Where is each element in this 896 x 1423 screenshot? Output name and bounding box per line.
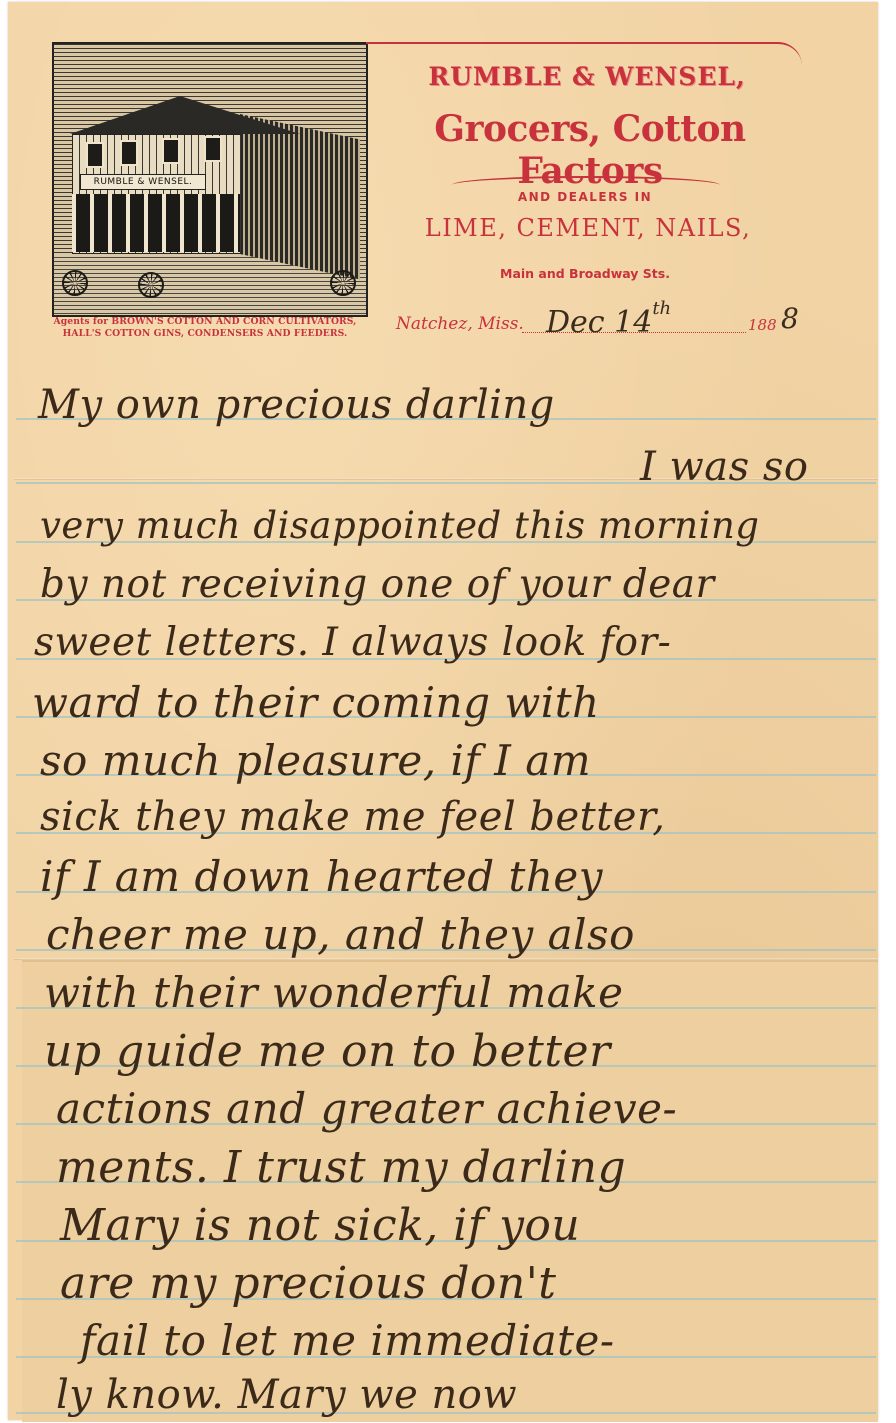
letter-line: sweet letters. I always look for- (34, 620, 671, 665)
letter-line: so much pleasure, if I am (40, 736, 591, 785)
engraving-caption: Agents for BROWN'S COTTON AND CORN CULTI… (40, 316, 370, 340)
letter-line: fail to let me immediate- (80, 1316, 615, 1365)
letter-line: very much disappointed this morning (40, 504, 759, 547)
dateline-year-prefix: 188 (748, 316, 777, 334)
letter-line: ly know. Mary we now (56, 1372, 517, 1418)
caption-line-2: HALL'S COTTON GINS, CONDENSERS AND FEEDE… (40, 328, 370, 340)
dealers-in-label: AND DEALERS IN (440, 190, 730, 204)
letter-line: ward to their coming with (32, 678, 600, 727)
letter-line: if I am down hearted they (40, 852, 603, 901)
building-roof (70, 96, 300, 134)
building-window (86, 142, 104, 168)
letter-line: Mary is not sick, if you (60, 1200, 580, 1251)
letter-salutation: My own precious darling (38, 382, 555, 428)
wagon-wheel (330, 270, 356, 296)
handwritten-date: Dec 14th (546, 298, 671, 340)
letter-line: up guide me on to better (44, 1026, 611, 1077)
wagon-wheel (62, 270, 88, 296)
letter-line: actions and greater achieve- (56, 1084, 677, 1133)
dateline: Natchez, Miss. Dec 14th 188 8 (396, 314, 816, 344)
building-window (162, 138, 180, 164)
caption-line-1: Agents for BROWN'S COTTON AND CORN CULTI… (40, 316, 370, 328)
date-month-day: Dec 14 (546, 305, 652, 340)
building-window (120, 140, 138, 166)
letter-line: are my precious don't (60, 1258, 556, 1309)
letter-line: with their wonderful make (44, 968, 623, 1017)
building-sign: RUMBLE & WENSEL. (80, 174, 206, 190)
goods-list: LIME, CEMENT, NAILS, (410, 214, 766, 242)
letter-line: I was so (640, 444, 808, 490)
firm-address: Main and Broadway Sts. (440, 266, 730, 281)
date-ordinal: th (652, 298, 671, 319)
store-engraving: RUMBLE & WENSEL. (52, 42, 368, 317)
handwritten-year-digit: 8 (781, 302, 799, 335)
letter-line: ments. I trust my darling (56, 1142, 626, 1193)
letter-line: by not receiving one of your dear (40, 562, 715, 607)
letter-line: sick they make me feel better, (40, 794, 665, 840)
firm-name: RUMBLE & WENSEL, (392, 62, 782, 91)
building-window (204, 136, 222, 162)
letter-line: cheer me up, and they also (46, 910, 635, 959)
building-porch (72, 194, 240, 252)
wagon-wheel (138, 272, 164, 298)
dateline-city: Natchez, Miss. (396, 314, 524, 334)
building-side-wall (240, 114, 360, 280)
